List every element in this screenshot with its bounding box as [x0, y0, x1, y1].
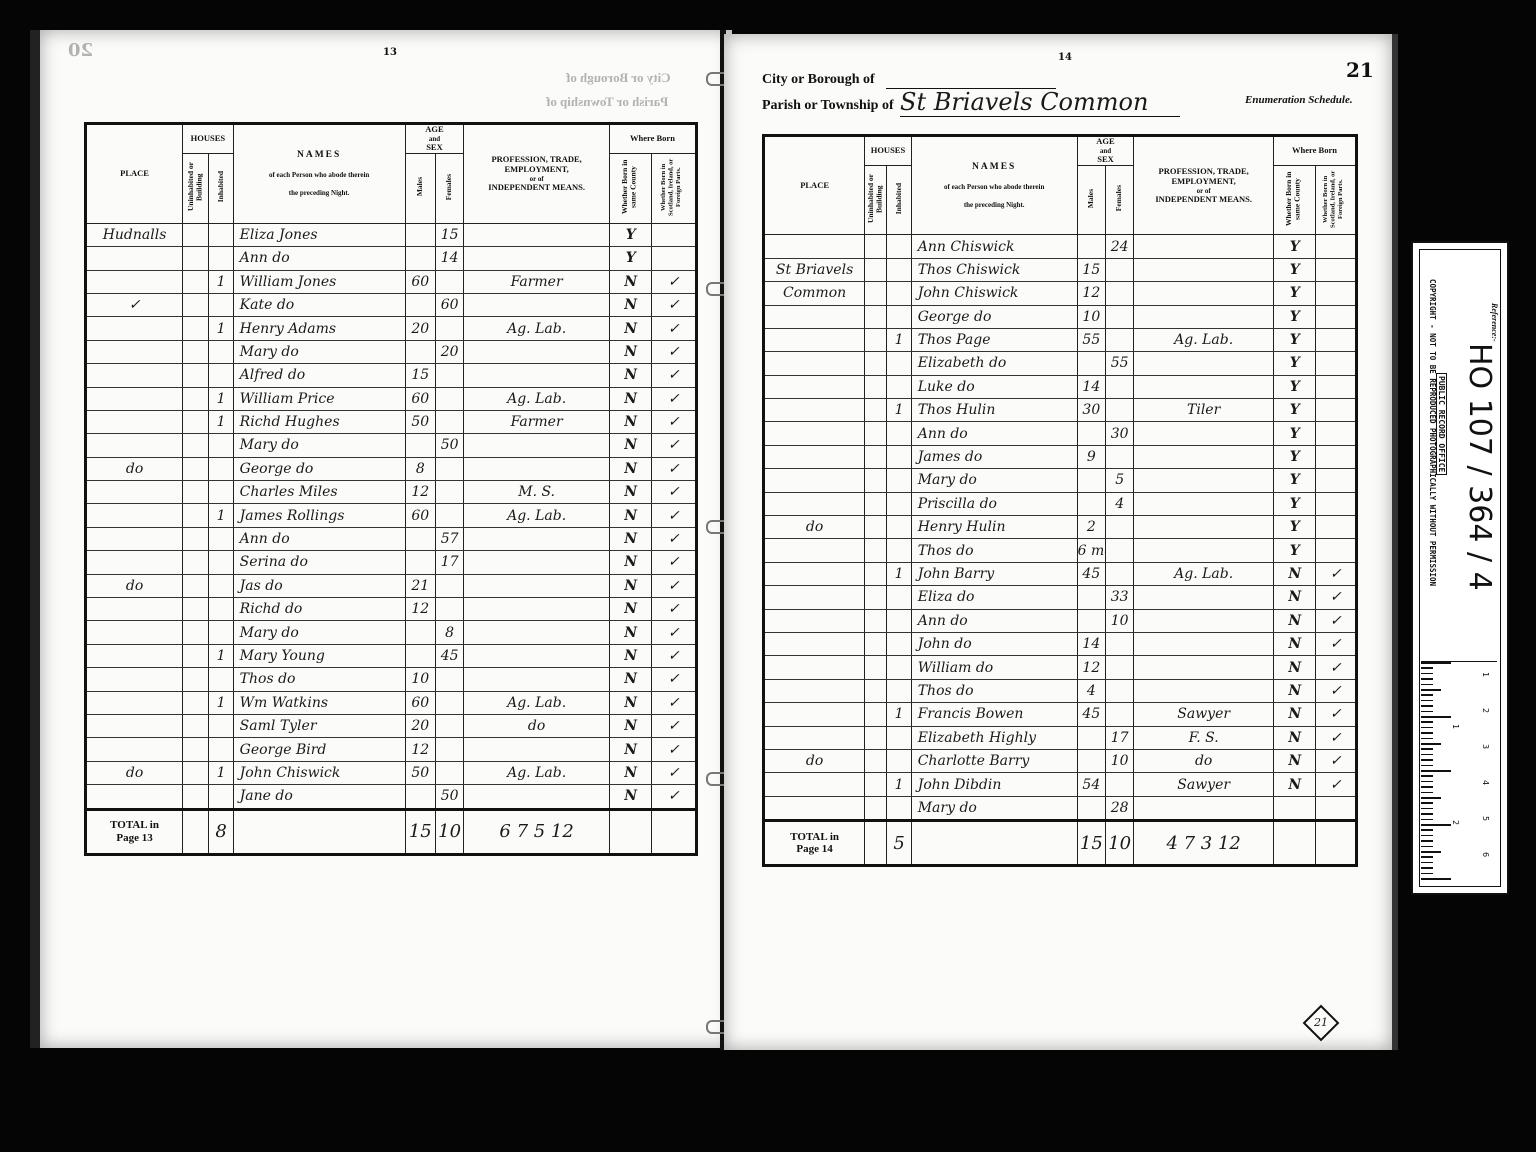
name-cell: Ann do: [911, 422, 1077, 445]
born-in-county-cell: Y: [1273, 469, 1316, 492]
col-foreign: Whether Born in Scotland, Ireland, or Fo…: [652, 154, 697, 224]
table-row: 1Mary Young45N✓: [86, 644, 697, 667]
table-row: Ann do57N✓: [86, 527, 697, 550]
born-in-county-cell: N: [609, 644, 651, 667]
profession-cell: [464, 668, 610, 691]
female-age-cell: [435, 410, 463, 433]
table-row: 1Francis Bowen45SawyerN✓: [764, 703, 1357, 726]
profession-cell: [1134, 352, 1274, 375]
profession-cell: [1134, 586, 1274, 609]
col-uninhabited: Uninhabited or Building: [865, 165, 887, 235]
table-row: 1William Jones60FarmerN✓: [86, 270, 697, 293]
born-foreign-cell: ✓: [652, 738, 697, 761]
profession-cell: [464, 574, 610, 597]
place-cell: do: [764, 749, 865, 772]
census-table-left: PLACE HOUSES NAMES of each Person who ab…: [84, 122, 698, 856]
name-cell: Francis Bowen: [911, 703, 1077, 726]
total-profession: 6 7 5 12: [464, 809, 610, 854]
female-age-cell: 30: [1106, 422, 1134, 445]
city-borough-label: City or Borough of: [762, 72, 875, 88]
total-names-blank: [233, 809, 405, 854]
ruler-cm-label: 5: [1481, 816, 1490, 821]
col-houses: HOUSES: [865, 136, 912, 166]
uninhabited-cell: [183, 223, 209, 246]
profession-cell: [1134, 282, 1274, 305]
uninhabited-cell: [183, 621, 209, 644]
inhabited-cell: [887, 726, 911, 749]
born-foreign-cell: ✓: [1316, 726, 1357, 749]
name-cell: Mary Young: [233, 644, 405, 667]
uninhabited-cell: [183, 481, 209, 504]
born-foreign-cell: [1316, 258, 1357, 281]
male-age-cell: 60: [405, 691, 435, 714]
born-foreign-cell: ✓: [652, 457, 697, 480]
inhabited-cell: [209, 714, 233, 737]
left-schedule-page: 13: [383, 47, 397, 58]
profession-cell: Ag. Lab.: [464, 317, 610, 340]
table-row: Mary do50N✓: [86, 434, 697, 457]
total-males: 15: [1077, 821, 1105, 866]
female-age-cell: 50: [435, 785, 463, 809]
born-in-county-cell: N: [609, 457, 651, 480]
table-row: 1Richd Hughes50FarmerN✓: [86, 410, 697, 433]
born-in-county-cell: N: [609, 785, 651, 809]
profession-cell: Ag. Lab.: [464, 387, 610, 410]
born-in-county-cell: N: [609, 387, 651, 410]
born-foreign-cell: ✓: [1316, 586, 1357, 609]
col-names: NAMES of each Person who abode therein t…: [911, 136, 1077, 235]
table-row: George do10Y: [764, 305, 1357, 328]
table-row: 1John Barry45Ag. Lab.N✓: [764, 562, 1357, 585]
col-females: Females: [1106, 165, 1134, 235]
table-row: James do9Y: [764, 445, 1357, 468]
place-cell: [86, 691, 183, 714]
inhabited-cell: 1: [209, 761, 233, 784]
place-cell: St Briavels: [764, 258, 865, 281]
inhabited-cell: [887, 375, 911, 398]
table-row: doCharlotte Barry10doN✓: [764, 749, 1357, 772]
female-age-cell: [435, 668, 463, 691]
profession-cell: [1134, 445, 1274, 468]
born-in-county-cell: N: [1273, 562, 1316, 585]
inhabited-cell: 1: [209, 504, 233, 527]
male-age-cell: 50: [405, 761, 435, 784]
table-row: Richd do12N✓: [86, 598, 697, 621]
born-in-county-cell: Y: [609, 247, 651, 270]
name-cell: James Rollings: [233, 504, 405, 527]
born-in-county-cell: N: [609, 738, 651, 761]
place-cell: [86, 738, 183, 761]
table-row: do1John Chiswick50Ag. Lab.N✓: [86, 761, 697, 784]
born-in-county-cell: N: [609, 714, 651, 737]
enumeration-schedule-title: Enumeration Schedule.: [1245, 94, 1353, 106]
born-foreign-cell: [652, 223, 697, 246]
male-age-cell: [405, 340, 435, 363]
uninhabited-cell: [183, 668, 209, 691]
place-cell: [86, 598, 183, 621]
col-profession: PROFESSION, TRADE, EMPLOYMENT, or of IND…: [1134, 136, 1274, 235]
female-age-cell: 10: [1106, 749, 1134, 772]
col-same-county: Whether Born in same County: [609, 154, 651, 224]
uninhabited-cell: [183, 434, 209, 457]
inhabited-cell: [887, 656, 911, 679]
male-age-cell: [1077, 492, 1105, 515]
profession-cell: [1134, 492, 1274, 515]
born-in-county-cell: N: [1273, 703, 1316, 726]
total-names-blank: [911, 821, 1077, 866]
total-uninhabited: [865, 821, 887, 866]
profession-cell: [464, 527, 610, 550]
profession-cell: Sawyer: [1134, 703, 1274, 726]
uninhabited-cell: [183, 761, 209, 784]
inhabited-cell: [209, 785, 233, 809]
place-cell: [86, 785, 183, 809]
born-in-county-cell: N: [609, 410, 651, 433]
born-foreign-cell: ✓: [1316, 703, 1357, 726]
ruler-cm-label: 2: [1481, 708, 1490, 713]
name-cell: James do: [911, 445, 1077, 468]
place-cell: [764, 445, 865, 468]
inhabited-cell: 1: [887, 562, 911, 585]
born-in-county-cell: N: [609, 340, 651, 363]
profession-cell: Ag. Lab.: [464, 761, 610, 784]
born-in-county-cell: N: [609, 434, 651, 457]
male-age-cell: 4: [1077, 679, 1105, 702]
born-foreign-cell: ✓: [652, 527, 697, 550]
female-age-cell: 10: [1106, 609, 1134, 632]
female-age-cell: 55: [1106, 352, 1134, 375]
born-foreign-cell: ✓: [1316, 773, 1357, 796]
male-age-cell: 50: [405, 410, 435, 433]
male-age-cell: 15: [405, 364, 435, 387]
born-foreign-cell: [1316, 235, 1357, 258]
inhabited-cell: [887, 586, 911, 609]
male-age-cell: 60: [405, 387, 435, 410]
male-age-cell: 10: [1077, 305, 1105, 328]
born-foreign-cell: ✓: [652, 785, 697, 809]
total-foreign-blank: [652, 809, 697, 854]
place-cell: [764, 328, 865, 351]
born-foreign-cell: ✓: [652, 387, 697, 410]
name-cell: Ann do: [233, 247, 405, 270]
uninhabited-cell: [865, 703, 887, 726]
name-cell: Eliza Jones: [233, 223, 405, 246]
inhabited-cell: [209, 481, 233, 504]
reference-number: HO 107 / 364 / 4: [1462, 343, 1497, 591]
inhabited-cell: [887, 445, 911, 468]
table-row: ✓Kate do60N✓: [86, 293, 697, 316]
male-age-cell: [405, 785, 435, 809]
profession-cell: Farmer: [464, 270, 610, 293]
name-cell: Thos Hulin: [911, 399, 1077, 422]
inhabited-cell: [887, 516, 911, 539]
profession-cell: [1134, 235, 1274, 258]
ruler-cm-label: 6: [1481, 852, 1490, 857]
inhabited-cell: [209, 293, 233, 316]
name-cell: George do: [911, 305, 1077, 328]
inhabited-cell: 1: [209, 691, 233, 714]
male-age-cell: [1077, 352, 1105, 375]
uninhabited-cell: [865, 516, 887, 539]
inhabited-cell: [887, 539, 911, 562]
inhabited-cell: [209, 738, 233, 761]
born-foreign-cell: [1316, 796, 1357, 820]
female-age-cell: 24: [1106, 235, 1134, 258]
profession-cell: do: [1134, 749, 1274, 772]
uninhabited-cell: [865, 773, 887, 796]
place-cell: [86, 247, 183, 270]
profession-cell: M. S.: [464, 481, 610, 504]
place-cell: do: [764, 516, 865, 539]
uninhabited-cell: [865, 235, 887, 258]
born-in-county-cell: N: [609, 668, 651, 691]
male-age-cell: 45: [1077, 703, 1105, 726]
female-age-cell: 33: [1106, 586, 1134, 609]
place-cell: [764, 586, 865, 609]
total-born-blank: [609, 809, 651, 854]
name-cell: John Dibdin: [911, 773, 1077, 796]
female-age-cell: [435, 574, 463, 597]
place-cell: [764, 656, 865, 679]
name-cell: Thos do: [911, 539, 1077, 562]
female-age-cell: [435, 481, 463, 504]
female-age-cell: 8: [435, 621, 463, 644]
born-in-county-cell: N: [609, 270, 651, 293]
place-cell: [764, 773, 865, 796]
inhabited-cell: 1: [209, 317, 233, 340]
table-row: 1John Dibdin54SawyerN✓: [764, 773, 1357, 796]
table-row: Mary do5Y: [764, 469, 1357, 492]
uninhabited-cell: [865, 258, 887, 281]
uninhabited-cell: [865, 749, 887, 772]
right-page-number: 21: [1346, 58, 1374, 82]
table-row: Alfred do15N✓: [86, 364, 697, 387]
place-cell: [86, 270, 183, 293]
male-age-cell: [405, 527, 435, 550]
table-row: William do12N✓: [764, 656, 1357, 679]
place-cell: [86, 434, 183, 457]
name-cell: Priscilla do: [911, 492, 1077, 515]
born-foreign-cell: ✓: [652, 434, 697, 457]
name-cell: Henry Adams: [233, 317, 405, 340]
male-age-cell: [405, 621, 435, 644]
inhabited-cell: [887, 679, 911, 702]
profession-cell: [464, 598, 610, 621]
female-age-cell: [1106, 375, 1134, 398]
table-row: Serina do17N✓: [86, 551, 697, 574]
male-age-cell: 20: [405, 714, 435, 737]
born-in-county-cell: Y: [1273, 516, 1316, 539]
place-cell: Hudnalls: [86, 223, 183, 246]
born-in-county-cell: [1273, 796, 1316, 820]
name-cell: Elizabeth Highly: [911, 726, 1077, 749]
born-foreign-cell: [652, 247, 697, 270]
inhabited-cell: [887, 235, 911, 258]
born-in-county-cell: N: [1273, 586, 1316, 609]
male-age-cell: [1077, 749, 1105, 772]
name-cell: George Bird: [233, 738, 405, 761]
name-cell: Wm Watkins: [233, 691, 405, 714]
female-age-cell: [435, 738, 463, 761]
uninhabited-cell: [865, 282, 887, 305]
female-age-cell: [1106, 656, 1134, 679]
col-place: PLACE: [764, 136, 865, 235]
female-age-cell: [435, 714, 463, 737]
total-born-blank: [1273, 821, 1316, 866]
uninhabited-cell: [865, 679, 887, 702]
table-row: CommonJohn Chiswick12Y: [764, 282, 1357, 305]
place-cell: do: [86, 574, 183, 597]
male-age-cell: 30: [1077, 399, 1105, 422]
place-cell: ✓: [86, 293, 183, 316]
inhabited-cell: [887, 469, 911, 492]
table-row: Ann do30Y: [764, 422, 1357, 445]
table-row: Thos do10N✓: [86, 668, 697, 691]
uninhabited-cell: [865, 726, 887, 749]
name-cell: Ann Chiswick: [911, 235, 1077, 258]
born-foreign-cell: [1316, 352, 1357, 375]
male-age-cell: 60: [405, 270, 435, 293]
profession-cell: [464, 644, 610, 667]
profession-cell: [464, 738, 610, 761]
total-profession: 4 7 3 12: [1134, 821, 1274, 866]
place-cell: [764, 492, 865, 515]
inhabited-cell: 1: [887, 328, 911, 351]
profession-cell: do: [464, 714, 610, 737]
inhabited-cell: [209, 527, 233, 550]
born-foreign-cell: ✓: [652, 293, 697, 316]
uninhabited-cell: [865, 469, 887, 492]
female-age-cell: [435, 761, 463, 784]
place-cell: [764, 609, 865, 632]
place-cell: [764, 562, 865, 585]
uninhabited-cell: [183, 738, 209, 761]
name-cell: Mary do: [233, 434, 405, 457]
male-age-cell: 12: [405, 738, 435, 761]
born-foreign-cell: ✓: [652, 598, 697, 621]
name-cell: Charles Miles: [233, 481, 405, 504]
female-age-cell: 17: [1106, 726, 1134, 749]
born-foreign-cell: ✓: [652, 714, 697, 737]
female-age-cell: [1106, 562, 1134, 585]
table-row: Thos do6 monthsY: [764, 539, 1357, 562]
table-row: Ann do10N✓: [764, 609, 1357, 632]
born-foreign-cell: [1316, 539, 1357, 562]
table-row: 1Henry Adams20Ag. Lab.N✓: [86, 317, 697, 340]
born-foreign-cell: ✓: [652, 270, 697, 293]
profession-cell: F. S.: [1134, 726, 1274, 749]
name-cell: Luke do: [911, 375, 1077, 398]
female-age-cell: [435, 598, 463, 621]
born-foreign-cell: [1316, 305, 1357, 328]
born-in-county-cell: N: [609, 293, 651, 316]
table-row: Ann Chiswick24Y: [764, 235, 1357, 258]
inhabited-cell: [887, 258, 911, 281]
male-age-cell: 20: [405, 317, 435, 340]
born-in-county-cell: N: [1273, 656, 1316, 679]
born-in-county-cell: Y: [1273, 352, 1316, 375]
male-age-cell: 54: [1077, 773, 1105, 796]
born-foreign-cell: ✓: [652, 691, 697, 714]
inhabited-cell: [209, 574, 233, 597]
born-foreign-cell: [1316, 399, 1357, 422]
male-age-cell: [1077, 586, 1105, 609]
female-age-cell: 50: [435, 434, 463, 457]
profession-cell: [1134, 632, 1274, 655]
male-age-cell: 45: [1077, 562, 1105, 585]
female-age-cell: [1106, 258, 1134, 281]
table-row: John do14N✓: [764, 632, 1357, 655]
uninhabited-cell: [183, 387, 209, 410]
born-in-county-cell: Y: [1273, 375, 1316, 398]
male-age-cell: 60: [405, 504, 435, 527]
reference-label: Reference:-: [1490, 303, 1499, 342]
uninhabited-cell: [183, 504, 209, 527]
name-cell: Serina do: [233, 551, 405, 574]
table-row: 1Thos Hulin30TilerY: [764, 399, 1357, 422]
col-houses: HOUSES: [183, 124, 234, 154]
col-profession: PROFESSION, TRADE, EMPLOYMENT, or of IND…: [464, 124, 610, 224]
male-age-cell: 14: [1077, 632, 1105, 655]
uninhabited-cell: [183, 340, 209, 363]
table-row: Eliza do33N✓: [764, 586, 1357, 609]
name-cell: Elizabeth do: [911, 352, 1077, 375]
profession-cell: Ag. Lab.: [464, 504, 610, 527]
born-in-county-cell: N: [1273, 632, 1316, 655]
born-foreign-cell: ✓: [652, 410, 697, 433]
female-age-cell: [435, 504, 463, 527]
male-age-cell: [1077, 726, 1105, 749]
born-foreign-cell: ✓: [1316, 609, 1357, 632]
parish-township-value: St Briavels Common: [900, 88, 1180, 117]
born-foreign-cell: ✓: [1316, 749, 1357, 772]
born-in-county-cell: N: [609, 761, 651, 784]
born-foreign-cell: [1316, 375, 1357, 398]
table-row: Mary do8N✓: [86, 621, 697, 644]
name-cell: Mary do: [911, 796, 1077, 820]
born-in-county-cell: N: [1273, 773, 1316, 796]
table-row: George Bird12N✓: [86, 738, 697, 761]
inhabited-cell: [209, 340, 233, 363]
inhabited-cell: [887, 282, 911, 305]
born-in-county-cell: N: [609, 691, 651, 714]
name-cell: Ann do: [911, 609, 1077, 632]
profession-cell: [1134, 375, 1274, 398]
name-cell: Mary do: [233, 340, 405, 363]
name-cell: Charlotte Barry: [911, 749, 1077, 772]
name-cell: Ann do: [233, 527, 405, 550]
profession-cell: Farmer: [464, 410, 610, 433]
place-cell: [86, 364, 183, 387]
table-row: HudnallsEliza Jones15Y: [86, 223, 697, 246]
male-age-cell: [1077, 469, 1105, 492]
place-cell: [86, 317, 183, 340]
table-row: Saml Tyler20doN✓: [86, 714, 697, 737]
name-cell: Thos do: [233, 668, 405, 691]
inhabited-cell: [887, 305, 911, 328]
name-cell: Kate do: [233, 293, 405, 316]
uninhabited-cell: [183, 714, 209, 737]
name-cell: John do: [911, 632, 1077, 655]
inhabited-cell: [887, 422, 911, 445]
male-age-cell: 2: [1077, 516, 1105, 539]
born-in-county-cell: Y: [1273, 422, 1316, 445]
place-cell: [86, 504, 183, 527]
col-same-county: Whether Born in same County: [1273, 165, 1316, 235]
female-age-cell: [1106, 773, 1134, 796]
profession-cell: Ag. Lab.: [1134, 562, 1274, 585]
left-mirrored-city-label: City or Borough of: [566, 70, 671, 86]
